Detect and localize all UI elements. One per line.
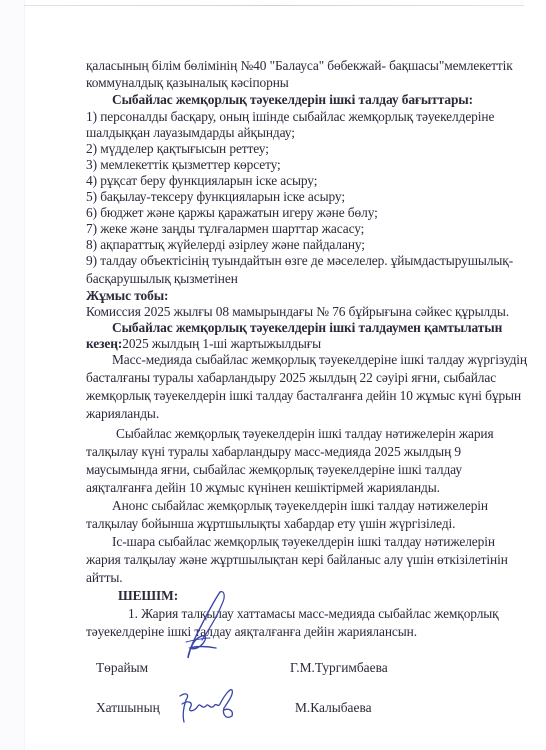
paragraph-2-line: талқылау күні туралы хабарландыру масс-м…	[86, 444, 461, 460]
direction-item: 7) жеке және заңды тұлғалармен шарттар ж…	[86, 221, 364, 237]
intro-line-2: коммуналдық қазыналық кәсіпорны	[86, 75, 289, 91]
direction-item: 6) бюджет және қаржы қаражатын игеру жән…	[86, 205, 378, 221]
paragraph-1-line: жемқорлық тәуекелдерін ішкі талдау баста…	[86, 388, 521, 404]
scan-top-rule	[24, 5, 524, 6]
secretary-name: М.Калыбаева	[295, 700, 372, 716]
paragraph-4-line: айтты.	[86, 570, 123, 586]
direction-item: 4) рұқсат беру функцияларын іске асыру;	[86, 173, 317, 189]
paragraph-2-line: маусымында яғни, сыбайлас жемқорлық тәуе…	[86, 462, 462, 478]
scan-edge-band	[0, 0, 25, 750]
period-value: 2025 жылдың 1-ші жартыжылдығы	[122, 336, 321, 351]
paragraph-2-line: аяқталғанға дейін 10 жұмыс күнінен кешік…	[86, 480, 440, 496]
paragraph-1-line: жарияланды.	[86, 406, 159, 422]
paragraph-3-line: Анонс сыбайлас жемқорлық тәуекелдерін іш…	[112, 498, 488, 514]
chair-name: Г.М.Тургимбаева	[290, 660, 388, 676]
direction-item: 5) бақылау-тексеру функцияларын іске асы…	[86, 189, 345, 205]
paragraph-3-line: талқылау бойынша жұртшылықты хабардар ет…	[86, 516, 455, 532]
working-group-text: Комиссия 2025 жылғы 08 мамырындағы № 76 …	[86, 304, 509, 320]
directions-heading: Сыбайлас жемқорлық тәуекелдерін ішкі тал…	[112, 92, 473, 108]
intro-line-1: қаласының білім бөлімінің №40 "Балауса" …	[86, 58, 513, 74]
decision-heading: ШЕШІМ:	[118, 588, 178, 604]
period-line: кезең:2025 жылдың 1-ші жартыжылдығы	[86, 336, 321, 352]
working-group-label: Жұмыс тобы:	[86, 288, 168, 304]
paragraph-2-line: Сыбайлас жемқорлық тәуекелдерін ішкі тал…	[116, 426, 494, 442]
chair-role-label: Төрайым	[96, 660, 148, 676]
paragraph-1-line: Масс-медияда сыбайлас жемқорлық тәуекелд…	[112, 352, 527, 368]
direction-item: 1) персоналды басқару, оның ішінде сыбай…	[86, 109, 494, 125]
decision-item: тәуекелдеріне ішкі талдау аяқталғанға де…	[86, 624, 417, 640]
direction-item: басқарушылық қызметінен	[86, 271, 238, 287]
period-heading: Сыбайлас жемқорлық тәуекелдерін ішкі тал…	[112, 320, 502, 336]
secretary-role-label: Хатшының	[96, 700, 160, 716]
paragraph-4-line: Іс-шара сыбайлас жемқорлық тәуекелдерін …	[112, 534, 495, 550]
paragraph-4-line: жария талқылау және жұртшылықтан кері ба…	[86, 552, 508, 568]
chair-signature-icon	[176, 588, 232, 664]
paragraph-1-line: басталғаны туралы хабарландыру 2025 жылд…	[86, 370, 496, 386]
direction-item: 8) ақпараттық жүйелерді әзірлеу және пай…	[86, 237, 365, 253]
direction-item: шалдыққан лауазымдарды айқындау;	[86, 125, 295, 141]
direction-item: 9) талдау объектісінің туындайтын өзге д…	[86, 253, 513, 269]
direction-item: 2) мүдделер қақтығысын реттеу;	[86, 141, 269, 157]
secretary-signature-icon	[176, 686, 240, 726]
period-label: кезең:	[86, 336, 122, 351]
document-page: қаласының білім бөлімінің №40 "Балауса" …	[0, 0, 546, 750]
direction-item: 3) мемлекеттік қызметтер көрсету;	[86, 157, 281, 173]
